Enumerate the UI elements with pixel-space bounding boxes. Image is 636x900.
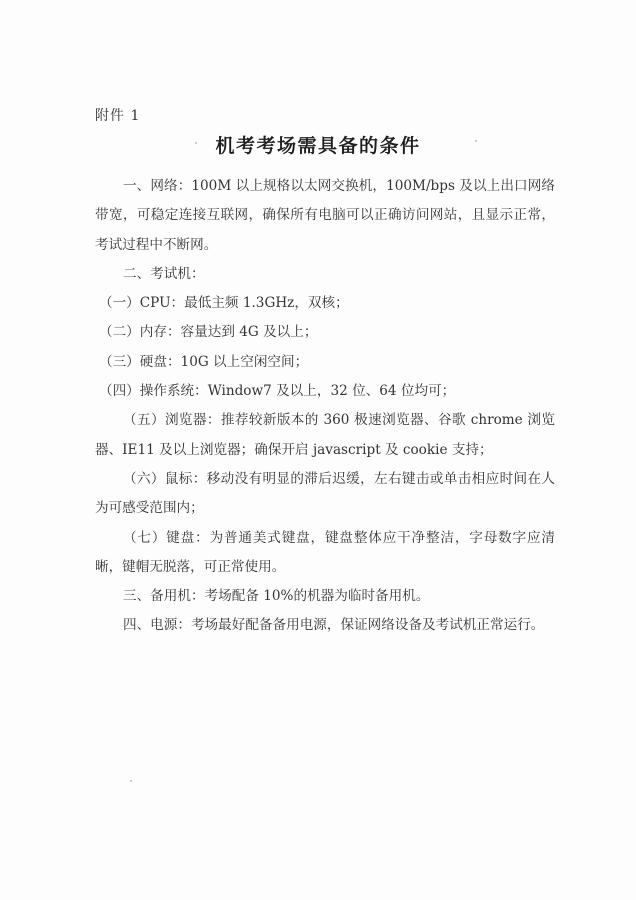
paragraph-browser: （五）浏览器：推荐较新版本的 360 极速浏览器、谷歌 chrome 浏览器、I… <box>95 406 555 465</box>
document-title: 机考考场需具备的条件 <box>0 131 636 158</box>
scan-speck <box>475 140 477 142</box>
scan-speck <box>195 142 197 144</box>
paragraph-mouse: （六）鼠标：移动没有明显的滞后迟缓，左右键击或单击相应时间在人为可感受范围内； <box>95 465 555 524</box>
paragraph-power: 四、电源：考场最好配备备用电源，保证网络设备及考试机正常运行。 <box>95 611 555 640</box>
paragraph-keyboard: （七）键盘：为普通美式键盘，键盘整体应干净整洁，字母数字应清晰，键帽无脱落，可正… <box>95 524 555 583</box>
paragraph-spare: 三、备用机：考场配备 10%的机器为临时备用机。 <box>95 582 555 611</box>
document-page: 附件 1 机考考场需具备的条件 一、网络：100M 以上规格以太网交换机，100… <box>0 0 636 900</box>
attachment-label: 附件 1 <box>95 105 140 125</box>
paragraph-cpu: （一）CPU：最低主频 1.3GHz，双核； <box>95 289 555 318</box>
paragraph-network: 一、网络：100M 以上规格以太网交换机，100M/bps 及以上出口网络带宽，… <box>95 172 555 260</box>
document-body: 一、网络：100M 以上规格以太网交换机，100M/bps 及以上出口网络带宽，… <box>95 172 555 641</box>
paragraph-disk: （三）硬盘：10G 以上空闲空间； <box>95 348 555 377</box>
paragraph-os: （四）操作系统：Window7 及以上，32 位、64 位均可； <box>95 377 555 406</box>
paragraph-memory: （二）内存：容量达到 4G 及以上； <box>95 318 555 347</box>
paragraph-machine-heading: 二、考试机： <box>95 260 555 289</box>
scan-speck <box>130 780 132 782</box>
